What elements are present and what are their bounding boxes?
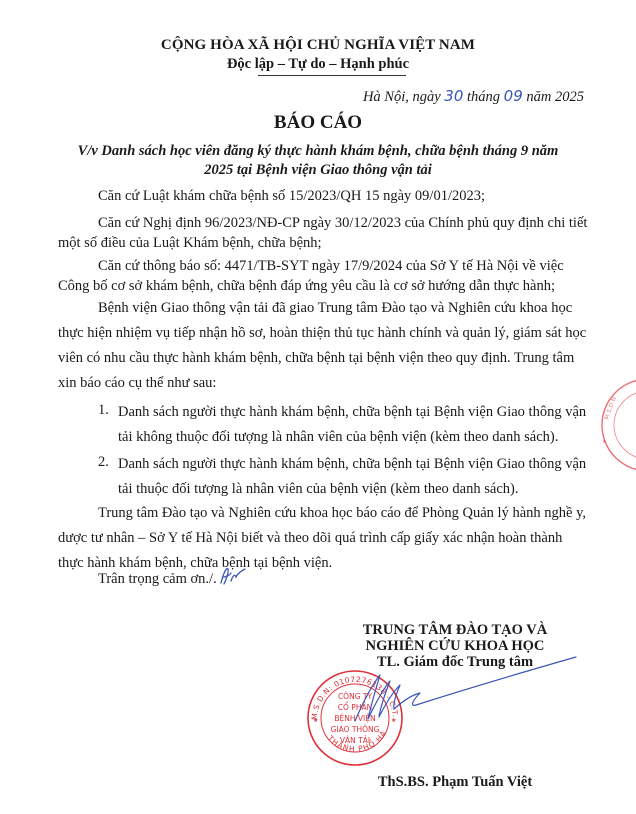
list-item-text: Danh sách người thực hành khám bệnh, chữ… (98, 452, 598, 502)
date-prefix: Hà Nội, ngày (363, 89, 444, 105)
subject-line-1: V/v Danh sách học viên đăng ký thực hành… (0, 142, 636, 161)
stamp-line-5: VẬN TẢI (340, 736, 370, 745)
handwritten-initial-icon (218, 565, 248, 587)
intro-paragraph: Bệnh viện Giao thông vận tải đã giao Tru… (58, 296, 588, 396)
org-line-1: TRUNG TÂM ĐÀO TẠO VÀ (330, 622, 580, 638)
date-day: 30 (444, 87, 463, 105)
conclusion-paragraph: Trung tâm Đào tạo và Nghiên cứu khoa học… (58, 501, 588, 576)
date-month-label: tháng (463, 89, 503, 105)
date-month: 09 (504, 87, 523, 105)
date-line: Hà Nội, ngày 30 tháng 09 năm 2025 (363, 87, 584, 106)
legal-basis-3: Căn cứ thông báo số: 4471/TB-SYT ngày 17… (58, 256, 588, 296)
list-item-number: 2. (98, 452, 109, 472)
signer-name: ThS.BS. Phạm Tuấn Việt (330, 774, 580, 791)
list-item: 1. Danh sách người thực hành khám bệnh, … (98, 400, 598, 450)
list-item-text: Danh sách người thực hành khám bệnh, chữ… (98, 400, 598, 450)
date-year: năm 2025 (523, 89, 584, 105)
list-item-number: 1. (98, 400, 109, 420)
motto-underline (258, 75, 406, 76)
partial-stamp-edge-icon: M.S.D.N ★ (598, 375, 636, 475)
list-item: 2. Danh sách người thực hành khám bệnh, … (98, 452, 598, 502)
legal-basis-2: Căn cứ Nghị định 96/2023/NĐ-CP ngày 30/1… (58, 213, 588, 253)
document-subject: V/v Danh sách học viên đăng ký thực hành… (0, 142, 636, 180)
national-title: CỘNG HÒA XÃ HỘI CHỦ NGHĨA VIỆT NAM (0, 37, 636, 54)
handwritten-signature-icon (350, 655, 580, 735)
closing-line: Trân trọng cảm ơn./. (58, 569, 588, 589)
svg-text:★: ★ (602, 439, 607, 445)
subject-line-2: 2025 tại Bệnh viện Giao thông vận tải (0, 161, 636, 180)
org-line-2: NGHIÊN CỨU KHOA HỌC (330, 638, 580, 654)
svg-text:★: ★ (313, 717, 318, 724)
document-title: BÁO CÁO (0, 112, 636, 134)
national-motto: Độc lập – Tự do – Hạnh phúc (0, 56, 636, 73)
legal-basis-1: Căn cứ Luật khám chữa bệnh số 15/2023/QH… (58, 186, 588, 206)
